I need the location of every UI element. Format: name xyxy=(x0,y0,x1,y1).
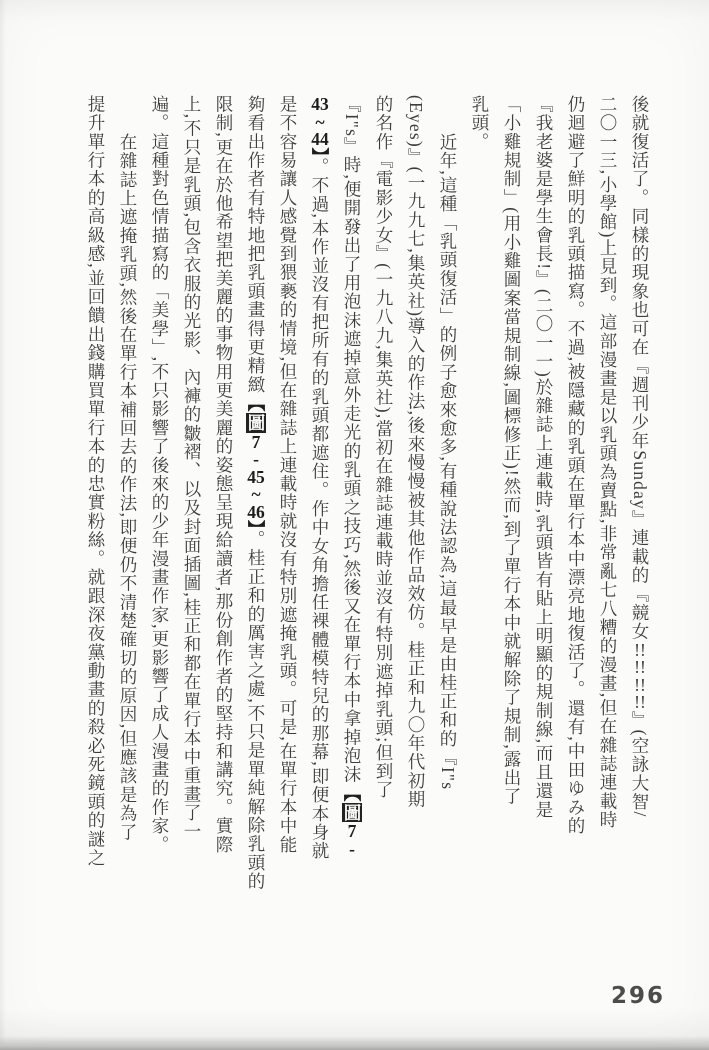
text-column: 的名作『電影少女』(一九八九,集英社),當初在雜誌連載時並沒有特別遮掉乳頭;但到… xyxy=(368,95,400,895)
text-segment: 在雜誌上遮掩乳頭,然後在單行本補回去的作法,即便仍不清楚確切的原因,但應該是為了 xyxy=(118,133,138,842)
figure-reference: 圖 xyxy=(246,413,266,433)
text-segment: !! xyxy=(630,693,650,711)
text-segment: 近年,這種「乳頭復活」的例子愈來愈多,有種說法認為,這最早是由桂正和的『 xyxy=(438,133,458,767)
text-column: 二〇一三,小學館)上見到。這部漫畫是以乳頭為賣點,非常亂七八糟的漫畫,但在雜誌連… xyxy=(592,95,624,895)
text-segment: 』連載的『競女 xyxy=(630,510,650,641)
figure-reference: 43 xyxy=(310,95,330,113)
text-column: 『I"s』時,便開發出了用泡沫遮掉意外走光的乳頭之技巧,然後又在單行本中拿掉泡沫… xyxy=(336,95,368,895)
text-segment: 「小雞規制」(用小雞圖案當規制線,圖標修正)!然而,到了單行本中就解除了規制,露… xyxy=(502,95,522,806)
text-segment: !! xyxy=(630,676,650,694)
scan-edge-left xyxy=(0,0,6,1050)
text-segment: 仍迴避了鮮明的乳頭描寫。不過,被隱藏的乳頭在單行本中漂亮地復活了。還有,中田ゆみ… xyxy=(566,95,586,835)
text-column: 「小雞規制」(用小雞圖案當規制線,圖標修正)!然而,到了單行本中就解除了規制,露… xyxy=(496,95,528,895)
page-number: 296 xyxy=(611,983,665,1009)
text-segment: 』(空詠大智/ xyxy=(630,711,650,818)
text-segment: 『 xyxy=(342,95,362,114)
text-segment: 乳頭。 xyxy=(470,95,490,151)
figure-reference: 圖 xyxy=(342,803,362,823)
text-segment: I"s xyxy=(342,114,362,137)
figure-reference: 45 xyxy=(246,468,266,486)
figure-reference: - xyxy=(246,450,266,468)
text-column: 近年,這種「乳頭復活」的例子愈來愈多,有種說法認為,這最早是由桂正和的『I"s xyxy=(432,95,464,895)
text-segment: Sunday xyxy=(630,450,650,510)
text-segment: 二〇一三,小學館)上見到。這部漫畫是以乳頭為賣點,非常亂七八糟的漫畫,但在雜誌連… xyxy=(598,95,618,829)
text-segment: !! xyxy=(630,641,650,659)
book-page: 後就復活了。同樣的現象也可在『週刊少年Sunday』連載的『競女!!!!!!!!… xyxy=(0,0,709,1050)
text-segment: 』(一九九七,集英社)導入的作法,後來慢慢被其他作品效仿。桂正和九〇年代初期 xyxy=(406,148,426,809)
text-segment: (Eyes) xyxy=(406,95,426,148)
text-segment: 』時,便開發出了用泡沫遮掉意外走光的乳頭之技巧,然後又在單行本中拿掉泡沫 xyxy=(342,137,362,784)
text-column: 限制,更在於他希望把美麗的事物用更美麗的姿態呈現給讀者,那份創作者的堅持和講究。… xyxy=(208,95,240,895)
text-column: (Eyes)』(一九九七,集英社)導入的作法,後來慢慢被其他作品效仿。桂正和九〇… xyxy=(400,95,432,895)
figure-reference: 】 xyxy=(246,520,266,530)
text-column: 遍。這種對色情描寫的「美學」,不只影響了後來的少年漫畫作家,更影響了成人漫畫的作… xyxy=(144,95,176,895)
text-segment: I"s xyxy=(438,767,458,790)
text-segment: !! xyxy=(630,658,650,676)
text-column: 提升單行本的高級感,並回饋出錢購買單行本的忠實粉絲。就跟深夜黨動畫的殺必死鏡頭的… xyxy=(80,95,112,895)
scan-edge-bottom xyxy=(0,1036,709,1050)
text-segment: 遍。這種對色情描寫的「美學」,不只影響了後來的少年漫畫作家,更影響了成人漫畫的作… xyxy=(150,95,170,854)
text-column: 夠看出作者有特地把乳頭畫得更精緻【圖7-45~46】。桂正和的厲害之處,不只是單… xyxy=(240,95,272,895)
text-segment: 是不容易讓人感覺到猥褻的情境,但在雜誌上連載時就沒有特別遮掩乳頭。可是,在單行本… xyxy=(278,95,298,854)
text-segment: 限制,更在於他希望把美麗的事物用更美麗的姿態呈現給讀者,那份創作者的堅持和講究。… xyxy=(214,95,234,854)
text-segment: 上,不只是乳頭,包含衣服的光影、內褲的皺褶、以及封面插圖,桂正和都在單行本中重畫… xyxy=(182,95,202,841)
figure-reference: 7 xyxy=(246,433,266,451)
figure-reference: - xyxy=(342,840,362,858)
text-segment: 後就復活了。同樣的現象也可在『週刊少年 xyxy=(630,95,650,450)
figure-reference: 】 xyxy=(310,148,330,158)
figure-reference: ~ xyxy=(310,113,330,131)
text-segment: 夠看出作者有特地把乳頭畫得更精緻 xyxy=(246,95,266,394)
text-column: 乳頭。 xyxy=(464,95,496,895)
figure-reference: 【 xyxy=(342,784,362,803)
text-segment: 提升單行本的高級感,並回饋出錢購買單行本的忠實粉絲。就跟深夜黨動畫的殺必死鏡頭的… xyxy=(86,95,106,867)
text-columns: 後就復活了。同樣的現象也可在『週刊少年Sunday』連載的『競女!!!!!!!!… xyxy=(80,95,656,895)
text-segment: 的名作『電影少女』(一九八九,集英社),當初在雜誌連載時並沒有特別遮掉乳頭;但到… xyxy=(374,95,394,799)
text-column: 43~44】。不過,本作並沒有把所有的乳頭都遮住。作中女角擔任裸體模特兒的那幕,… xyxy=(304,95,336,895)
text-segment: 『我老婆是學生會長!』(二〇一一)於雜誌上連載時,乳頭皆有貼上明顯的規制線,而且… xyxy=(534,95,554,819)
figure-reference: 44 xyxy=(310,130,330,148)
text-column: 上,不只是乳頭,包含衣服的光影、內褲的皺褶、以及封面插圖,桂正和都在單行本中重畫… xyxy=(176,95,208,895)
figure-reference: ~ xyxy=(246,485,266,503)
text-column: 仍迴避了鮮明的乳頭描寫。不過,被隱藏的乳頭在單行本中漂亮地復活了。還有,中田ゆみ… xyxy=(560,95,592,895)
text-segment: 。不過,本作並沒有把所有的乳頭都遮住。作中女角擔任裸體模特兒的那幕,即便本身就 xyxy=(310,157,330,860)
text-column: 『我老婆是學生會長!』(二〇一一)於雜誌上連載時,乳頭皆有貼上明顯的規制線,而且… xyxy=(528,95,560,895)
figure-reference: 【 xyxy=(246,394,266,413)
text-column: 是不容易讓人感覺到猥褻的情境,但在雜誌上連載時就沒有特別遮掩乳頭。可是,在單行本… xyxy=(272,95,304,895)
text-segment: 。桂正和的厲害之處,不只是單純解除乳頭的 xyxy=(246,530,266,891)
text-column: 後就復活了。同樣的現象也可在『週刊少年Sunday』連載的『競女!!!!!!!!… xyxy=(624,95,656,895)
figure-reference: 46 xyxy=(246,503,266,521)
figure-reference: 7 xyxy=(342,822,362,840)
text-column: 在雜誌上遮掩乳頭,然後在單行本補回去的作法,即便仍不清楚確切的原因,但應該是為了 xyxy=(112,95,144,895)
